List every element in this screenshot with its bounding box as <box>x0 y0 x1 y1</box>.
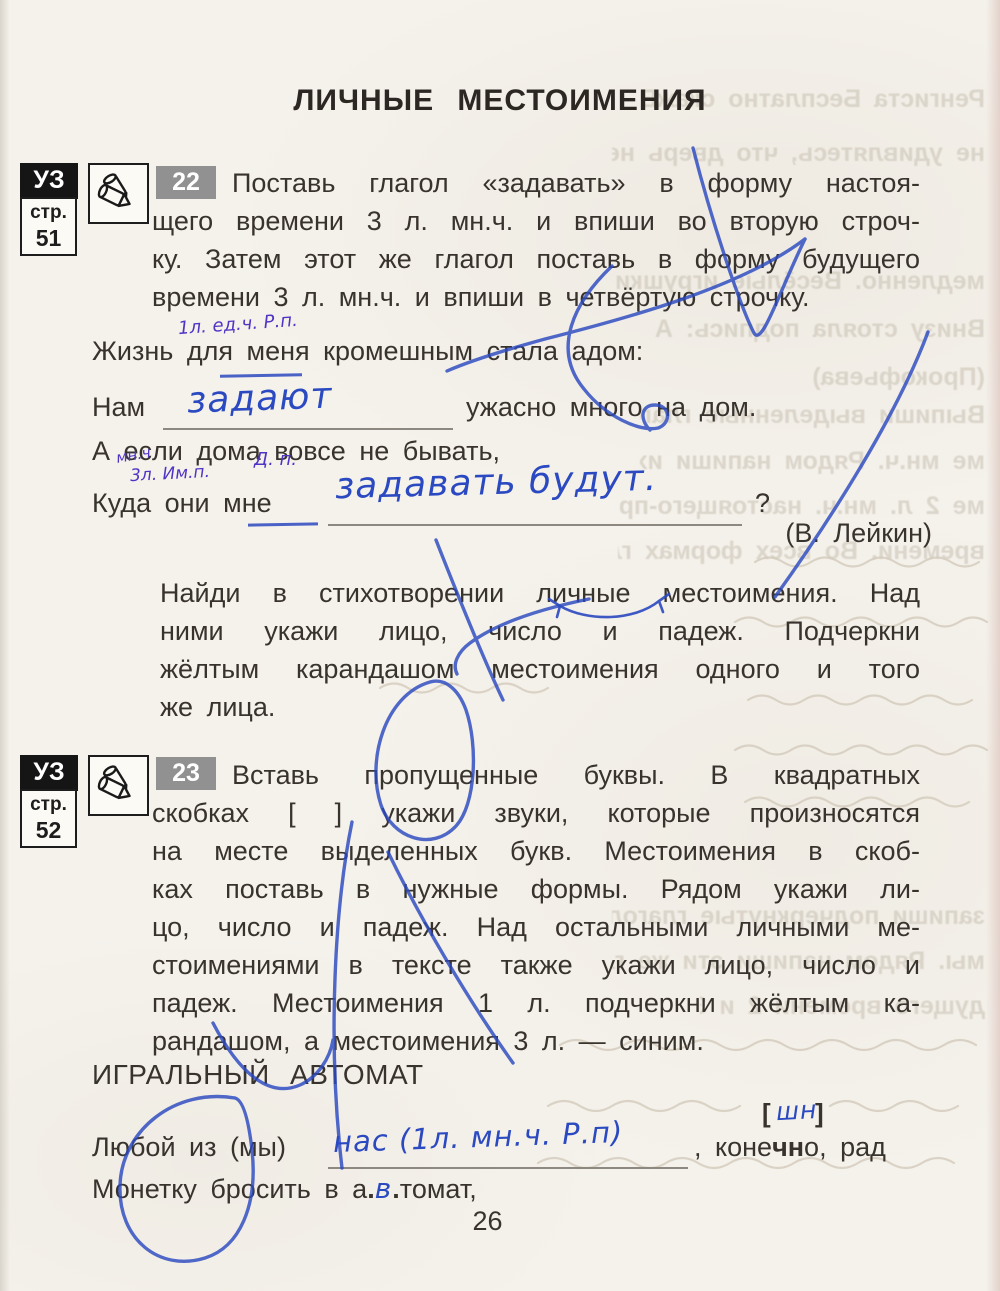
story-line-1-start: Любой из (мы) <box>92 1132 286 1162</box>
bleed-through-text: не удивлятесь, что дверь не скоро открою… <box>612 140 985 169</box>
page-title: ЛИЧНЫЕ МЕСТОИМЕНИЯ <box>0 86 1000 116</box>
poem-line-2-start: Нам <box>92 392 145 422</box>
poem-text: Куда они <box>92 488 223 518</box>
exercise-icon-box <box>88 163 149 224</box>
exercise-22-task-line: Поставь глагол «задавать» в форму настоя… <box>232 168 920 200</box>
exercise-22-task2-line: Найди в стихотворении личные местоимения… <box>160 578 920 610</box>
exercise-22-task2-line: жёлтым карандашом местоимения одного и т… <box>160 654 920 686</box>
exercise-23-task-line: скобках [ ] укажи звуки, которые произно… <box>152 798 920 830</box>
handwritten-annotation-menya: 1л. ед.ч. Р.п. <box>177 310 298 339</box>
margin-page-ref-label: стр. <box>22 794 75 817</box>
exercise-22-number-badge: 22 <box>156 166 216 199</box>
exercise-23-number-badge: 23 <box>156 757 216 790</box>
scan-edge-left <box>0 0 10 1291</box>
omitted-letter-dot: . <box>392 1174 400 1204</box>
sound-bracket-open: [ <box>762 1098 771 1128</box>
bleed-through-text: Внизу стояла подпись: Астрель. <box>655 316 985 345</box>
exercise-22-task-line: ку. Затем этот же глагол поставь в форму… <box>152 244 920 276</box>
story-bold-letters: чн <box>772 1132 804 1162</box>
handwritten-answer-zadayut: задают <box>186 375 333 421</box>
scan-edge-right <box>986 0 1000 1291</box>
handwritten-underline-mne <box>248 522 318 526</box>
exercise-23-task-line: стоимениями в тексте также укажи лицо, ч… <box>152 950 920 982</box>
workbook-page-scan: Ренгиста Бесплатно скажЕт. Только не уди… <box>0 0 1000 1291</box>
exercise-23-task-line: на месте выделенных букв. Местоимения в … <box>152 836 920 868</box>
story-text: томат, <box>400 1174 477 1204</box>
story-heading: ИГРАЛЬНЫЙ АВТОМАТ <box>92 1060 424 1090</box>
exercise-icon-box <box>88 755 149 816</box>
margin-page-ref-52: стр. 52 <box>20 789 77 848</box>
margin-badge-uz-52: УЗ <box>20 755 78 791</box>
bleed-through-text: (Прокофьева) <box>800 364 985 393</box>
exercise-23-task-line: падеж. Местоимения 1 л. подчеркни жёлтым… <box>152 988 920 1020</box>
story-text: Монетку бросить в а <box>92 1174 367 1204</box>
handwritten-sound-answer: шн <box>775 1095 818 1126</box>
poem-question-mark: ? <box>755 488 770 518</box>
handwritten-answer-nas: нас (1л. мн.ч. Р.п) <box>332 1115 623 1159</box>
answer-line-blank <box>163 428 453 430</box>
exercise-22-task-line: времени 3 л. мн.ч. и впиши в четвёртую с… <box>152 282 810 312</box>
poem-author-credit: (В. Лейкин) <box>700 518 932 548</box>
exercise-22-task2-line: же лица. <box>160 692 275 722</box>
story-line-2: Монетку бросить в а.в.томат, <box>92 1174 477 1204</box>
poem-line-4-start: Куда они мне <box>92 488 272 518</box>
margin-badge-uz-51: УЗ <box>20 163 78 199</box>
story-text: о, рад <box>804 1132 886 1162</box>
exercise-22-task2-line: ними укажи лицо, число и падеж. Подчеркн… <box>160 616 920 648</box>
handwritten-answer-zadavat-budut: задавать будут. <box>335 458 658 507</box>
exercise-23-task-line: цо, число и падеж. Над остальными личным… <box>152 912 920 944</box>
pencils-icon <box>90 757 146 813</box>
exercise-23-task-line: Вставь пропущенные буквы. В квадратных <box>232 760 920 792</box>
exercise-23-task-line: рандашом, а местоимения 3 л. — синим. <box>152 1026 704 1056</box>
handwritten-annotation-mne: Д. п. <box>254 449 297 470</box>
margin-page-ref-number: 51 <box>22 225 75 253</box>
poem-word-mne: мне <box>223 488 272 518</box>
answer-line-blank <box>328 524 742 526</box>
sound-bracket-close: ] <box>815 1098 824 1128</box>
poem-line-2-end: ужасно много на дом. <box>466 392 756 422</box>
poem-text: Жизнь для <box>92 336 247 366</box>
poem-word-menya: меня <box>247 336 310 366</box>
poem-text: кромешным стала адом: <box>310 336 644 366</box>
margin-page-ref-number: 52 <box>22 817 75 845</box>
handwritten-annotation-oni: 3л. Им.п. <box>130 462 211 486</box>
poem-line-1: Жизнь для меня кромешным стала адом: <box>92 336 643 366</box>
story-line-1-end: , конечно, рад <box>694 1132 886 1162</box>
omitted-letter-dot: . <box>367 1174 375 1204</box>
exercise-23-task-line: ках поставь в нужные формы. Рядом укажи … <box>152 874 920 906</box>
exercise-22-task-line: щего времени 3 л. мн.ч. и впиши во втору… <box>152 206 920 238</box>
page-number: 26 <box>0 1206 975 1236</box>
story-text: , коне <box>694 1132 772 1162</box>
margin-page-ref-51: стр. 51 <box>20 197 77 256</box>
answer-line-blank <box>328 1167 688 1169</box>
handwritten-letter-v: в <box>375 1172 393 1205</box>
margin-page-ref-label: стр. <box>22 202 75 225</box>
bleed-through-text: ме мн.ч. Рядом напиши их же в форме <box>640 448 985 477</box>
pencils-icon <box>90 165 146 221</box>
